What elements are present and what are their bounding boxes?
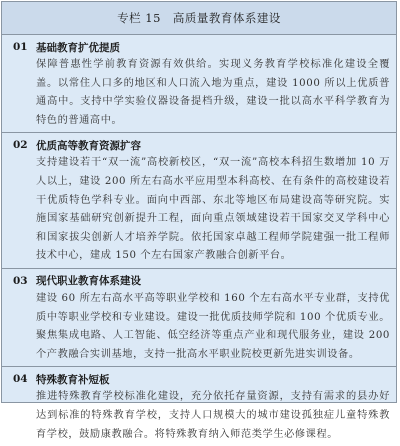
- section-02: 02 优质高等教育资源扩容 支持建设若干“双一流”高校新校区，“双一流”高校本科…: [2, 133, 396, 269]
- section-03: 03 现代职业教育体系建设 建设 60 所左右高水平高等职业学校和 160 个左…: [2, 269, 396, 367]
- section-number: 03: [2, 275, 36, 287]
- section-number: 04: [2, 373, 36, 385]
- section-title: 优质高等教育资源扩容: [36, 138, 141, 153]
- section-title: 基础教育扩优提质: [36, 40, 120, 55]
- section-body: 建设 60 所左右高水平高等职业学校和 160 个左右高水平专业群，支持优质中等…: [2, 290, 396, 364]
- section-number: 01: [2, 41, 36, 53]
- section-body: 保障普惠性学前教育资源有效供给。实现义务教育学校标准化建设全覆盖。以常住人口多的…: [2, 56, 396, 130]
- panel-label: 专栏 15: [117, 10, 161, 26]
- section-number: 02: [2, 139, 36, 151]
- section-heading: 01 基础教育扩优提质: [2, 38, 396, 56]
- section-heading: 03 现代职业教育体系建设: [2, 272, 396, 290]
- section-title: 特殊教育补短板: [36, 372, 110, 387]
- section-04: 04 特殊教育补短板 推进特殊教育学校标准化建设，充分依托存量资源，支持有需求的…: [2, 367, 396, 406]
- special-column-panel: 专栏 15 高质量教育体系建设 01 基础教育扩优提质 保障普惠性学前教育资源有…: [1, 1, 397, 403]
- section-body: 支持建设若干“双一流”高校新校区，“双一流”高校本科招生数增加 10 万人以上，…: [2, 154, 396, 266]
- panel-header: 专栏 15 高质量教育体系建设: [2, 2, 396, 35]
- section-heading: 04 特殊教育补短板: [2, 370, 396, 388]
- section-title: 现代职业教育体系建设: [36, 273, 141, 288]
- panel-title: 高质量教育体系建设: [173, 10, 281, 26]
- section-01: 01 基础教育扩优提质 保障普惠性学前教育资源有效供给。实现义务教育学校标准化建…: [2, 35, 396, 133]
- section-body: 推进特殊教育学校标准化建设，充分依托存量资源，支持有需求的县办好达到标准的特殊教…: [2, 388, 396, 406]
- section-heading: 02 优质高等教育资源扩容: [2, 136, 396, 154]
